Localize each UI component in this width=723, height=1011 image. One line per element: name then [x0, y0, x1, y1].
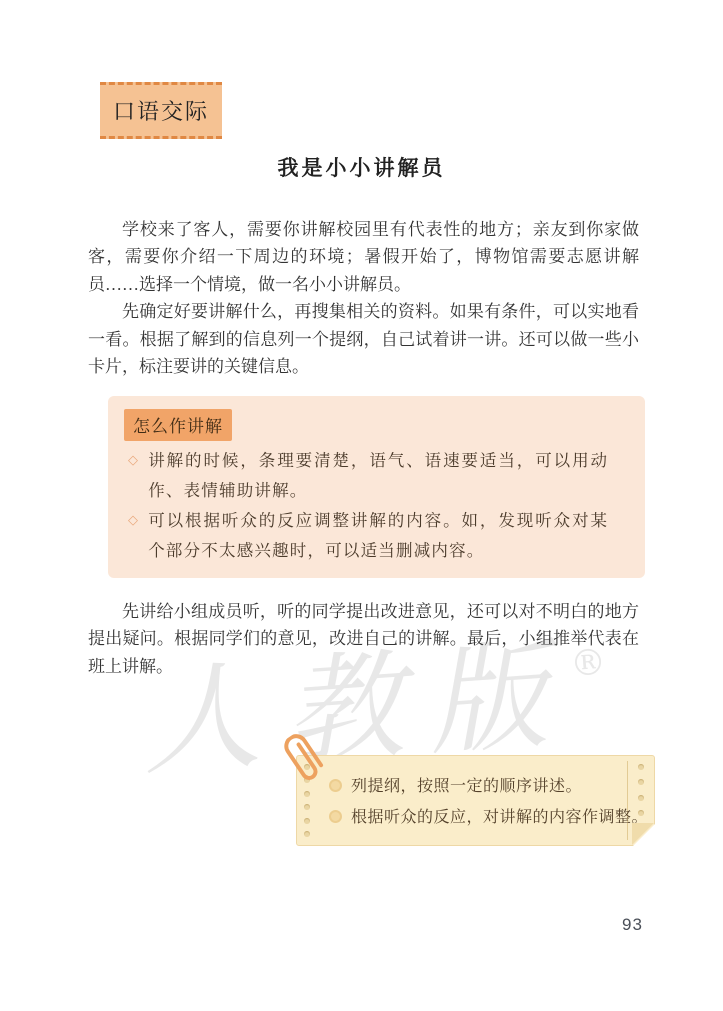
diamond-bullet-icon: ◇ [128, 506, 139, 536]
tip-item-text: 讲解的时候，条理要清楚，语气、语速要适当，可以用动作、表情辅助讲解。 [148, 446, 608, 506]
note-item-text: 根据听众的反应，对讲解的内容作调整。 [351, 801, 648, 832]
paragraph-3: 先讲给小组成员听，听的同学提出改进意见，还可以对不明白的地方提出疑问。根据同学们… [88, 598, 639, 680]
page-title: 我是小小讲解员 [0, 152, 723, 182]
diamond-bullet-icon: ◇ [128, 446, 139, 476]
tip-box-header-label: 怎么作讲解 [133, 417, 223, 436]
tip-item: ◇ 可以根据听众的反应调整讲解的内容。如，发现听众对某个部分不太感兴趣时，可以适… [128, 506, 628, 566]
tip-item-text: 可以根据听众的反应调整讲解的内容。如，发现听众对某个部分不太感兴趣时，可以适当删… [148, 506, 608, 566]
note-item-text: 列提纲，按照一定的顺序讲述。 [351, 770, 582, 801]
note-item: 列提纲，按照一定的顺序讲述。 [329, 770, 648, 801]
textbook-page: 人教版® 口语交际 我是小小讲解员 学校来了客人，需要你讲解校园里有代表性的地方… [0, 0, 723, 1011]
note-item: 根据听众的反应，对讲解的内容作调整。 [329, 801, 648, 832]
tip-box-header: 怎么作讲解 [124, 409, 232, 441]
tip-item: ◇ 讲解的时候，条理要清楚，语气、语速要适当，可以用动作、表情辅助讲解。 [128, 446, 628, 506]
tip-box: 怎么作讲解 ◇ 讲解的时候，条理要清楚，语气、语速要适当，可以用动作、表情辅助讲… [108, 396, 645, 578]
circle-bullet-icon [329, 779, 342, 792]
note-card: 列提纲，按照一定的顺序讲述。 根据听众的反应，对讲解的内容作调整。 [296, 755, 655, 846]
paragraph-2: 先确定好要讲解什么，再搜集相关的资料。如果有条件，可以实地看一看。根据了解到的信… [88, 298, 639, 380]
paragraph-1: 学校来了客人，需要你讲解校园里有代表性的地方；亲友到你家做客，需要你介绍一下周边… [88, 216, 639, 298]
page-number: 93 [622, 915, 643, 935]
section-badge-label: 口语交际 [113, 99, 209, 124]
circle-bullet-icon [329, 810, 342, 823]
tip-list: ◇ 讲解的时候，条理要清楚，语气、语速要适当，可以用动作、表情辅助讲解。 ◇ 可… [128, 446, 628, 566]
closing-paragraph: 先讲给小组成员听，听的同学提出改进意见，还可以对不明白的地方提出疑问。根据同学们… [88, 598, 639, 680]
intro-paragraphs: 学校来了客人，需要你讲解校园里有代表性的地方；亲友到你家做客，需要你介绍一下周边… [88, 216, 639, 380]
section-badge: 口语交际 [100, 82, 222, 139]
note-list: 列提纲，按照一定的顺序讲述。 根据听众的反应，对讲解的内容作调整。 [329, 770, 648, 832]
folded-corner-icon [632, 823, 654, 845]
